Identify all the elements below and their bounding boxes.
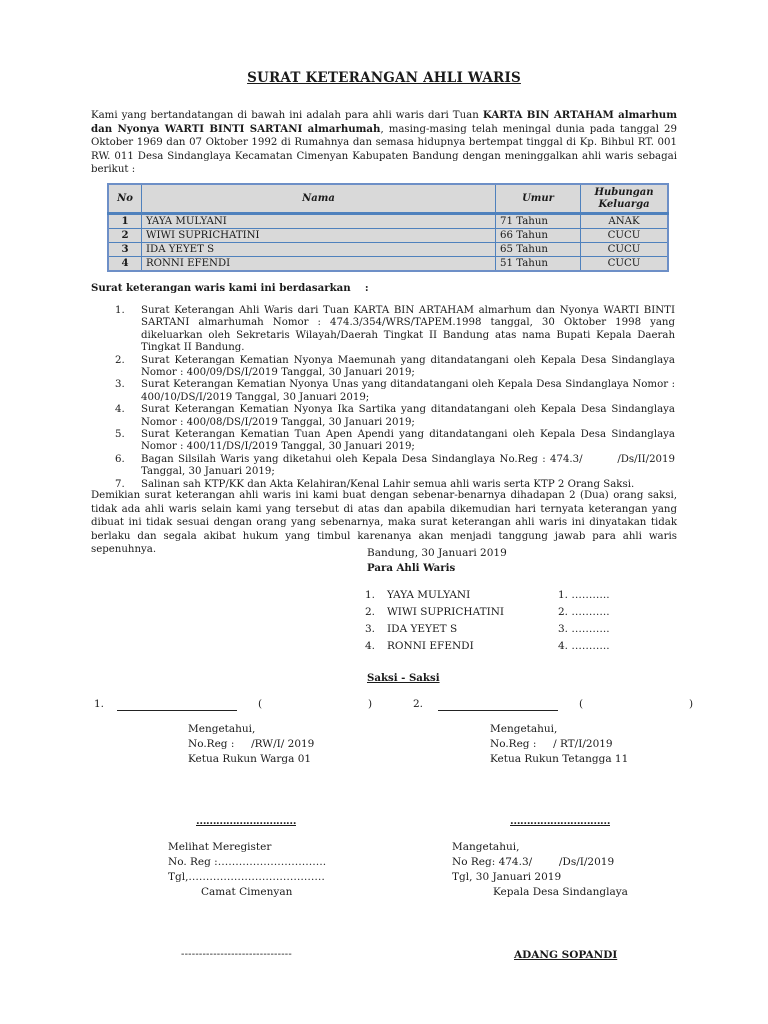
signature-line: 4. ……….. bbox=[558, 640, 610, 652]
witness-1-number: 1. bbox=[94, 698, 104, 710]
camat-signature-line: ------------------------------- bbox=[181, 949, 292, 960]
heir-signature-row: 1. YAYA MULYANI 1. ……….. bbox=[365, 589, 645, 603]
list-item: 6.Bagan Silsilah Waris yang diketahui ol… bbox=[115, 454, 675, 479]
table-row: 3 IDA YEYET S 65 Tahun CUCU bbox=[108, 243, 668, 257]
place-date: Bandung, 30 Januari 2019 bbox=[367, 547, 507, 559]
header-hubungan: HubunganKeluarga bbox=[581, 184, 669, 214]
signature-line: 3. ……….. bbox=[558, 623, 610, 635]
list-item: 1.Surat Keterangan Ahli Waris dari Tuan … bbox=[115, 305, 675, 355]
document-page: SURAT KETERANGAN AHLI WARIS Kami yang be… bbox=[0, 0, 768, 1024]
kades-block: Mangetahui, No Reg: 474.3/ /Ds/I/2019 Tg… bbox=[452, 840, 672, 900]
signature-line: 1. ……….. bbox=[558, 589, 610, 601]
witness-2-signature-line bbox=[438, 710, 558, 711]
table-row: 1 YAYA MULYANI 71 Tahun ANAK bbox=[108, 214, 668, 229]
header-nama: Nama bbox=[142, 184, 496, 214]
basis-list: 1.Surat Keterangan Ahli Waris dari Tuan … bbox=[115, 305, 675, 491]
list-item: 3.Surat Keterangan Kematian Nyonya Unas … bbox=[115, 379, 675, 404]
witnesses-label: Saksi - Saksi bbox=[367, 672, 440, 684]
table-row: 2 WIWI SUPRICHATINI 66 Tahun CUCU bbox=[108, 229, 668, 243]
rt-acknowledgement: Mengetahui, No.Reg : / RT/I/2019 Ketua R… bbox=[490, 722, 628, 767]
heirs-table: No Nama Umur HubunganKeluarga 1 YAYA MUL… bbox=[107, 183, 669, 272]
list-item: 5.Surat Keterangan Kematian Tuan Apen Ap… bbox=[115, 429, 675, 454]
signature-line: 2. ……….. bbox=[558, 606, 610, 618]
rw-acknowledgement: Mengetahui, No.Reg : /RW/I/ 2019 Ketua R… bbox=[188, 722, 314, 767]
witness-1-open-paren: ( bbox=[258, 698, 262, 710]
header-no: No bbox=[108, 184, 142, 214]
rt-signature-line: ………………………… bbox=[510, 815, 610, 827]
basis-heading: Surat keterangan waris kami ini berdasar… bbox=[91, 282, 369, 294]
camat-block: Melihat Meregister No. Reg :…………………………. … bbox=[168, 840, 368, 900]
witness-1-close-paren: ) bbox=[368, 698, 372, 710]
witness-2-number: 2. bbox=[413, 698, 423, 710]
kades-name: ADANG SOPANDI bbox=[514, 949, 617, 961]
table-header-row: No Nama Umur HubunganKeluarga bbox=[108, 184, 668, 214]
heir-signature-row: 4. RONNI EFENDI 4. ……….. bbox=[365, 640, 645, 654]
heirs-signature-label: Para Ahli Waris bbox=[367, 562, 455, 574]
rw-signature-line: ………………………… bbox=[196, 815, 296, 827]
witness-2-open-paren: ( bbox=[579, 698, 583, 710]
heir-signature-row: 2. WIWI SUPRICHATINI 2. ……….. bbox=[365, 606, 645, 620]
intro-paragraph: Kami yang bertandatangan di bawah ini ad… bbox=[91, 109, 677, 177]
list-item: 2.Surat Keterangan Kematian Nyonya Maemu… bbox=[115, 355, 675, 380]
witness-2-close-paren: ) bbox=[689, 698, 693, 710]
header-umur: Umur bbox=[496, 184, 581, 214]
document-title: SURAT KETERANGAN AHLI WARIS bbox=[0, 70, 768, 86]
list-item: 4.Surat Keterangan Kematian Nyonya Ika S… bbox=[115, 404, 675, 429]
witness-1-signature-line bbox=[117, 710, 237, 711]
heir-signature-row: 3. IDA YEYET S 3. ……….. bbox=[365, 623, 645, 637]
table-row: 4 RONNI EFENDI 51 Tahun CUCU bbox=[108, 257, 668, 272]
